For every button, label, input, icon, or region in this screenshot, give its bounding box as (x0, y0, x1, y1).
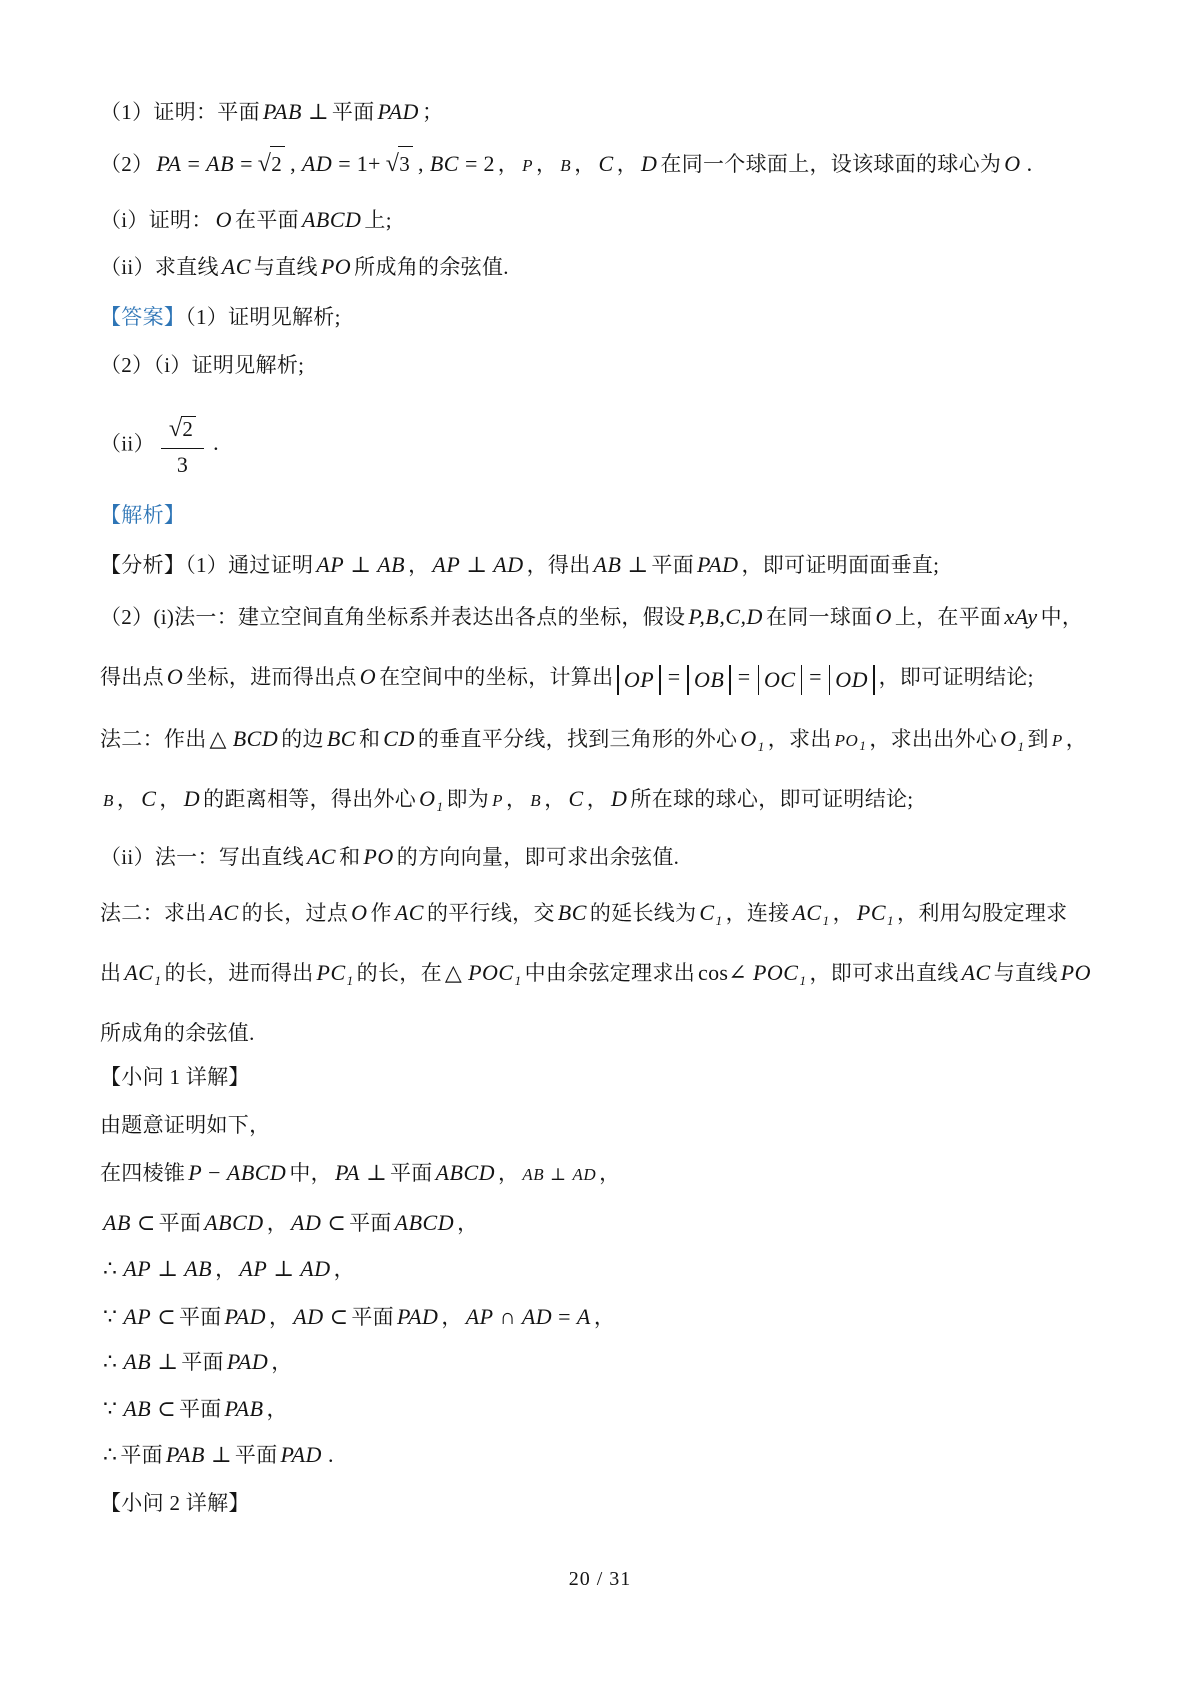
math-variable: PC1 (857, 900, 894, 925)
math-operator: △ (210, 726, 227, 751)
math-variable: OP (624, 667, 654, 692)
proof-7: ∵AB⊂平面PAB， (100, 1392, 288, 1426)
text-run: ， (457, 1211, 478, 1235)
math-variable: AP (466, 1304, 494, 1329)
math-variable: PAD (225, 1304, 266, 1329)
math-variable: PO (363, 844, 393, 869)
radicand: 2 (270, 146, 285, 181)
math-variable: POC1 (468, 960, 522, 985)
math-operator: = (809, 664, 822, 689)
subscript: 1 (758, 739, 765, 754)
math-variable: D (641, 151, 657, 176)
math-operator: = (738, 664, 751, 689)
math-variable: PAB (263, 99, 302, 124)
math-variable: O (351, 900, 367, 925)
math-operator: ⊥ (466, 552, 487, 577)
subscript: 1 (716, 913, 723, 928)
math-variable: PO1 (835, 731, 867, 750)
math-variable: O (360, 664, 376, 689)
math-variable: AC (395, 900, 424, 925)
math-variable: PAD (227, 1349, 268, 1374)
analysis-5: B，C，D的距离相等，得出外心O1即为P，B，C，D所在球的球心，即可证明结论; (100, 782, 913, 818)
text-run: （ii）求直线 (100, 255, 219, 279)
stmt-part2-i: （i）证明：O在平面ABCD上; (100, 203, 392, 237)
text-run: 坐标，进而得出点 (186, 665, 356, 689)
text-run: ， (544, 787, 565, 811)
page-number: 20 / 31 (569, 1568, 632, 1590)
subscript: 1 (347, 973, 354, 988)
text-run: ， (441, 1305, 462, 1329)
math-variable: PC1 (317, 960, 354, 985)
math-operator: ∴ (103, 1442, 117, 1467)
subscript: 1 (1018, 739, 1025, 754)
text-run: 平面 (179, 1305, 222, 1329)
text-run: 中由余弦定理求出 (525, 961, 695, 985)
fraction-denominator: 3 (161, 449, 204, 477)
text-run: 到 (1028, 727, 1049, 751)
math-variable: ABCD (302, 207, 361, 232)
radicand: 2 (181, 416, 196, 441)
math-operator: = (240, 151, 253, 176)
math-operator: ⊥ (308, 99, 329, 124)
text-run: 在同一个球面上，设该球面的球心为 (660, 152, 1001, 176)
proof-8: ∴平面PAB⊥平面PAD. (100, 1438, 337, 1472)
radical: √3 (386, 146, 413, 181)
text-run: （i）证明： (100, 208, 213, 232)
text-run: ， (117, 787, 138, 811)
math-variable: BC (327, 726, 356, 751)
math-variable: ABCD (204, 1210, 263, 1235)
math-variable: AC (307, 844, 336, 869)
text-run: 平面 (181, 1350, 224, 1374)
math-variable: AB (377, 552, 405, 577)
text-run: 的长，在 (357, 961, 442, 985)
text-run: 平面 (390, 1161, 433, 1185)
math-variable: AP (123, 1304, 151, 1329)
radical-sign-icon: √ (258, 151, 271, 177)
abs-bar (687, 665, 689, 695)
text-run: 的长，进而得出 (164, 961, 313, 985)
math-variable: O (875, 604, 891, 629)
math-operator: ∴ (103, 1256, 117, 1281)
text-run: ， (1066, 727, 1087, 751)
text-run: （1）证明：平面 (100, 100, 260, 124)
text-run: 的延长线为 (590, 901, 697, 925)
text-run: ， (594, 1305, 615, 1329)
text-run: ，求出出外心 (869, 727, 997, 751)
text-run: （ii） (100, 431, 155, 455)
text-run: ，即可求出直线 (809, 961, 958, 985)
absolute-value: OB (685, 661, 732, 697)
math-variable: AC (210, 900, 239, 925)
math-variable: D (184, 786, 200, 811)
text-run: （2）（i）证明见解析; (100, 353, 304, 377)
absolute-value: OD (827, 661, 877, 697)
text-run: 【分析】（1）通过证明 (100, 553, 313, 577)
text-run: 的距离相等，得出外心 (203, 787, 416, 811)
text-run: ， (267, 1211, 288, 1235)
math-variable: PA (156, 151, 181, 176)
math-variable: AD (293, 1304, 323, 1329)
text-run: ， (574, 152, 595, 176)
subscript: 1 (154, 973, 161, 988)
text-run: ，利用勾股定理求 (897, 901, 1067, 925)
text-run: （2）(i)法一：建立空间直角坐标系并表达出各点的坐标，假设 (100, 605, 685, 629)
math-variable: BC (430, 151, 459, 176)
math-variable: PAD (697, 552, 738, 577)
text-run: ，连接 (726, 901, 790, 925)
math-variable: AD (572, 1165, 596, 1184)
text-run: ， (617, 152, 638, 176)
math-variable: ABCD (395, 1210, 454, 1235)
text-run: 在平面 (235, 208, 299, 232)
math-variable: O (216, 207, 232, 232)
answer-line-1: 【答案】（1）证明见解析; (100, 300, 341, 334)
answer-line-3: （ii）√23. (100, 414, 222, 477)
math-operator: ∵ (103, 1304, 117, 1329)
document-page: （1）证明：平面PAB⊥平面PAD；（2）PA=AB=√2,AD= 1+√3,B… (0, 0, 1200, 1697)
math-variable: C (141, 786, 156, 811)
text-run: ， (506, 787, 527, 811)
math-variable: AC (222, 254, 251, 279)
math-variable: PA (335, 1160, 360, 1185)
text-run: 平面 (179, 1397, 222, 1421)
math-variable: AB (123, 1396, 151, 1421)
proof-2: 在四棱锥P−ABCD中，PA⊥平面ABCD，AB⊥AD， (100, 1156, 620, 1192)
text-run: 平面 (235, 1443, 278, 1467)
text-run: 在同一球面 (766, 605, 873, 629)
math-operator: = (187, 151, 200, 176)
math-operator: ∵ (103, 1396, 117, 1421)
math-variable: A (577, 1304, 591, 1329)
text-run: ，即可证明面面垂直; (741, 553, 939, 577)
text-run: 和 (359, 727, 380, 751)
math-operator: = (668, 664, 681, 689)
math-variable: AD (302, 151, 332, 176)
abs-bar (617, 665, 619, 695)
math-operator: ⊥ (157, 1256, 178, 1281)
math-variable: AD (300, 1256, 330, 1281)
text-run: 平面 (120, 1443, 163, 1467)
math-variable: P,B,C,D (688, 604, 763, 629)
math-operator: cos∠ (698, 960, 747, 985)
fraction-numerator: √2 (161, 414, 204, 449)
math-operator: ⊂ (157, 1396, 176, 1421)
stmt-part2: （2）PA=AB=√2,AD= 1+√3,BC= 2，P，B，C，D在同一个球面… (100, 146, 1035, 183)
radical-sign-icon: √ (169, 416, 182, 442)
proof-6: ∴AB⊥平面PAD， (100, 1345, 293, 1379)
text-run: ， (599, 1161, 620, 1185)
text-run: 与直线 (994, 961, 1058, 985)
analysis-8: 出AC1的长，进而得出PC1的长，在△POC1中由余弦定理求出cos∠POC1，… (100, 956, 1094, 990)
analysis-1: 【分析】（1）通过证明AP⊥AB，AP⊥AD，得出AB⊥平面PAD，即可证明面面… (100, 548, 939, 582)
math-variable: AP (239, 1256, 267, 1281)
math-variable: PAD (378, 99, 419, 124)
text-run: 中， (1041, 605, 1084, 629)
math-variable: ABCD (227, 1160, 286, 1185)
text-run: 的垂直平分线，找到三角形的外心 (418, 727, 738, 751)
math-variable: C (569, 786, 584, 811)
text-run: 和 (339, 845, 360, 869)
math-variable: OB (694, 667, 724, 692)
radical: √2 (169, 416, 196, 444)
math-operator: ∩ (500, 1304, 516, 1329)
analysis-6: （ii）法一：写出直线AC和PO的方向向量，即可求出余弦值. (100, 840, 679, 874)
text-run: 的平行线，交 (427, 901, 555, 925)
text-run: ，求出 (768, 727, 832, 751)
math-variable: CD (383, 726, 415, 751)
text-run: 在四棱锥 (100, 1161, 185, 1185)
stmt-part2-ii: （ii）求直线AC与直线PO所成角的余弦值. (100, 250, 509, 284)
text-run: ； (422, 100, 443, 124)
math-operator: ⊥ (211, 1442, 232, 1467)
math-variable: OC (764, 667, 796, 692)
text-run: 所在球的球心，即可证明结论; (630, 787, 913, 811)
analysis-3: 得出点O坐标，进而得出点O在空间中的坐标，计算出OP=OB=OC=OD，即可证明… (100, 660, 1034, 697)
text-run: 法二：作出 (100, 727, 207, 751)
detail1-header: 【小问 1 详解】 (100, 1060, 250, 1094)
math-variable: C (599, 151, 614, 176)
analysis-4: 法二：作出△BCD的边BC和CD的垂直平分线，找到三角形的外心O1，求出PO1，… (100, 722, 1087, 758)
text-run: 所成角的余弦值. (354, 255, 509, 279)
abs-bar (758, 665, 760, 695)
radical: √2 (258, 146, 285, 181)
accent-section-label: 【答案】 (100, 305, 185, 329)
text-run: ， (334, 1257, 355, 1281)
text-run: 由题意证明如下， (100, 1113, 270, 1137)
text-run: 平面 (159, 1211, 202, 1235)
math-variable: BCD (233, 726, 279, 751)
math-operator: △ (445, 960, 462, 985)
text-run: ， (536, 152, 557, 176)
analysis-7: 法二：求出AC的长，过点O作AC的平行线，交BC的延长线为C1，连接AC1，PC… (100, 896, 1067, 930)
math-variable: P (492, 791, 503, 810)
math-variable: C1 (699, 900, 722, 925)
math-variable: OD (835, 667, 868, 692)
math-operator: ⊥ (627, 552, 648, 577)
math-variable: P (188, 1160, 202, 1185)
math-operator: ⊥ (550, 1165, 566, 1184)
subscript: 1 (515, 973, 522, 988)
math-operator: = (558, 1304, 571, 1329)
math-variable: AD (291, 1210, 321, 1235)
text-run: 作 (371, 901, 392, 925)
subscript: 1 (799, 973, 806, 988)
math-variable: AD (522, 1304, 552, 1329)
text-run: 得出点 (100, 665, 164, 689)
text-run: ， (215, 1257, 236, 1281)
math-variable: AB (522, 1165, 544, 1184)
analysis-header: 【解析】 (100, 498, 185, 532)
math-variable: PAB (225, 1396, 264, 1421)
subscript: 1 (859, 738, 866, 753)
text-run: 法二：求出 (100, 901, 207, 925)
proof-5: ∵AP⊂平面PAD，AD⊂平面PAD，AP∩AD=A， (100, 1300, 615, 1334)
text-run: ， (269, 1305, 290, 1329)
math-operator: ∴ (103, 1349, 117, 1374)
text-run: （1）证明见解析; (185, 305, 341, 329)
text-run: ， (159, 787, 180, 811)
absolute-value: OC (756, 661, 805, 697)
math-operator: ⊥ (157, 1349, 178, 1374)
math-operator: − (208, 1160, 221, 1185)
math-variable: B (530, 791, 541, 810)
math-variable: O1 (419, 786, 443, 811)
math-variable: AP (123, 1256, 151, 1281)
math-variable: xAy (1004, 604, 1037, 629)
analysis-2: （2）(i)法一：建立空间直角坐标系并表达出各点的坐标，假设P,B,C,D在同一… (100, 600, 1083, 634)
text-run: ， (498, 1161, 519, 1185)
proof-3: AB⊂平面ABCD，AD⊂平面ABCD， (100, 1206, 478, 1240)
math-variable: BC (558, 900, 587, 925)
math-operator: ⊥ (366, 1160, 387, 1185)
math-variable: P (522, 156, 533, 175)
math-operator: ⊂ (157, 1304, 176, 1329)
math-operator: = 2 (465, 151, 495, 176)
text-run: 即为 (446, 787, 489, 811)
radicand: 3 (398, 146, 413, 181)
math-variable: AD (493, 552, 523, 577)
text-run: ， (833, 901, 854, 925)
stmt-part1: （1）证明：平面PAB⊥平面PAD； (100, 95, 443, 129)
math-variable: AB (206, 151, 234, 176)
math-variable: AP (316, 552, 344, 577)
text-run: 与直线 (254, 255, 318, 279)
math-variable: AP (432, 552, 460, 577)
text-run: 平面 (332, 100, 375, 124)
math-operator: , (418, 151, 424, 176)
math-variable: PAD (281, 1442, 322, 1467)
math-variable: O1 (1000, 726, 1024, 751)
text-run: ，即可证明结论; (879, 665, 1034, 689)
math-variable: ABCD (436, 1160, 495, 1185)
document-lines: （1）证明：平面PAB⊥平面PAD；（2）PA=AB=√2,AD= 1+√3,B… (0, 0, 1200, 1697)
text-run: ， (267, 1397, 288, 1421)
text-run: 平面 (651, 553, 694, 577)
math-variable: AC (962, 960, 991, 985)
proof-4: ∴AP⊥AB，AP⊥AD， (100, 1252, 355, 1286)
math-variable: AC1 (124, 960, 161, 985)
math-variable: PO (1061, 960, 1091, 985)
text-run: ， (408, 553, 429, 577)
math-operator: . (213, 430, 219, 455)
math-variable: O (167, 664, 183, 689)
math-variable: O (1004, 151, 1020, 176)
math-variable: D (611, 786, 627, 811)
text-run: 上，在平面 (895, 605, 1002, 629)
text-run: ， (271, 1350, 292, 1374)
abs-bar (659, 665, 661, 695)
subscript: 1 (887, 913, 894, 928)
math-variable: AB (103, 1210, 131, 1235)
abs-bar (829, 665, 831, 695)
math-variable: B (560, 156, 571, 175)
analysis-9: 所成角的余弦值. (100, 1016, 255, 1050)
text-run: 的边 (281, 727, 324, 751)
text-run: 【小问 1 详解】 (100, 1065, 250, 1089)
proof-1: 由题意证明如下， (100, 1108, 270, 1142)
text-run: 的长，过点 (242, 901, 349, 925)
math-variable: AB (594, 552, 622, 577)
math-variable: AB (123, 1349, 151, 1374)
abs-bar (873, 665, 875, 695)
math-operator: 3 (177, 452, 188, 477)
text-run: ，得出 (527, 553, 591, 577)
math-variable: AB (184, 1256, 212, 1281)
detail2-header: 【小问 2 详解】 (100, 1486, 250, 1520)
text-run: 【小问 2 详解】 (100, 1491, 250, 1515)
text-run: （2） (100, 152, 153, 176)
math-operator: ⊂ (137, 1210, 156, 1235)
radical-sign-icon: √ (386, 151, 399, 177)
text-run: 上; (364, 208, 391, 232)
text-run: 平面 (349, 1211, 392, 1235)
text-run: 中， (289, 1161, 332, 1185)
math-variable: B (103, 791, 114, 810)
math-operator: . (1027, 151, 1033, 176)
text-run: 的方向向量，即可求出余弦值. (397, 845, 679, 869)
text-run: 出 (100, 961, 121, 985)
abs-bar (801, 665, 803, 695)
math-variable: POC1 (753, 960, 807, 985)
accent-section-label: 【解析】 (100, 503, 185, 527)
math-operator: ⊂ (327, 1210, 346, 1235)
math-operator: ⊂ (330, 1304, 349, 1329)
page-footer: 20 / 31 (0, 1568, 1200, 1591)
text-run: （ii）法一：写出直线 (100, 845, 304, 869)
math-variable: PAD (397, 1304, 438, 1329)
math-operator: = 1+ (338, 151, 381, 176)
subscript: 1 (436, 799, 443, 814)
text-run: 平面 (351, 1305, 394, 1329)
math-variable: P (1052, 731, 1063, 750)
math-operator: , (290, 151, 296, 176)
math-variable: O1 (740, 726, 764, 751)
math-variable: PO (321, 254, 351, 279)
text-run: ， (498, 152, 519, 176)
text-run: ， (587, 787, 608, 811)
absolute-value: OP (615, 661, 662, 697)
fraction: √23 (161, 414, 204, 477)
math-variable: AC1 (792, 900, 829, 925)
subscript: 1 (823, 913, 830, 928)
abs-bar (729, 665, 731, 695)
math-variable: PAB (166, 1442, 205, 1467)
math-operator: ⊥ (350, 552, 371, 577)
answer-line-2: （2）（i）证明见解析; (100, 348, 304, 382)
text-run: 所成角的余弦值. (100, 1021, 255, 1045)
math-operator: ⊥ (273, 1256, 294, 1281)
math-operator: . (328, 1442, 334, 1467)
text-run: 在空间中的坐标，计算出 (379, 665, 613, 689)
